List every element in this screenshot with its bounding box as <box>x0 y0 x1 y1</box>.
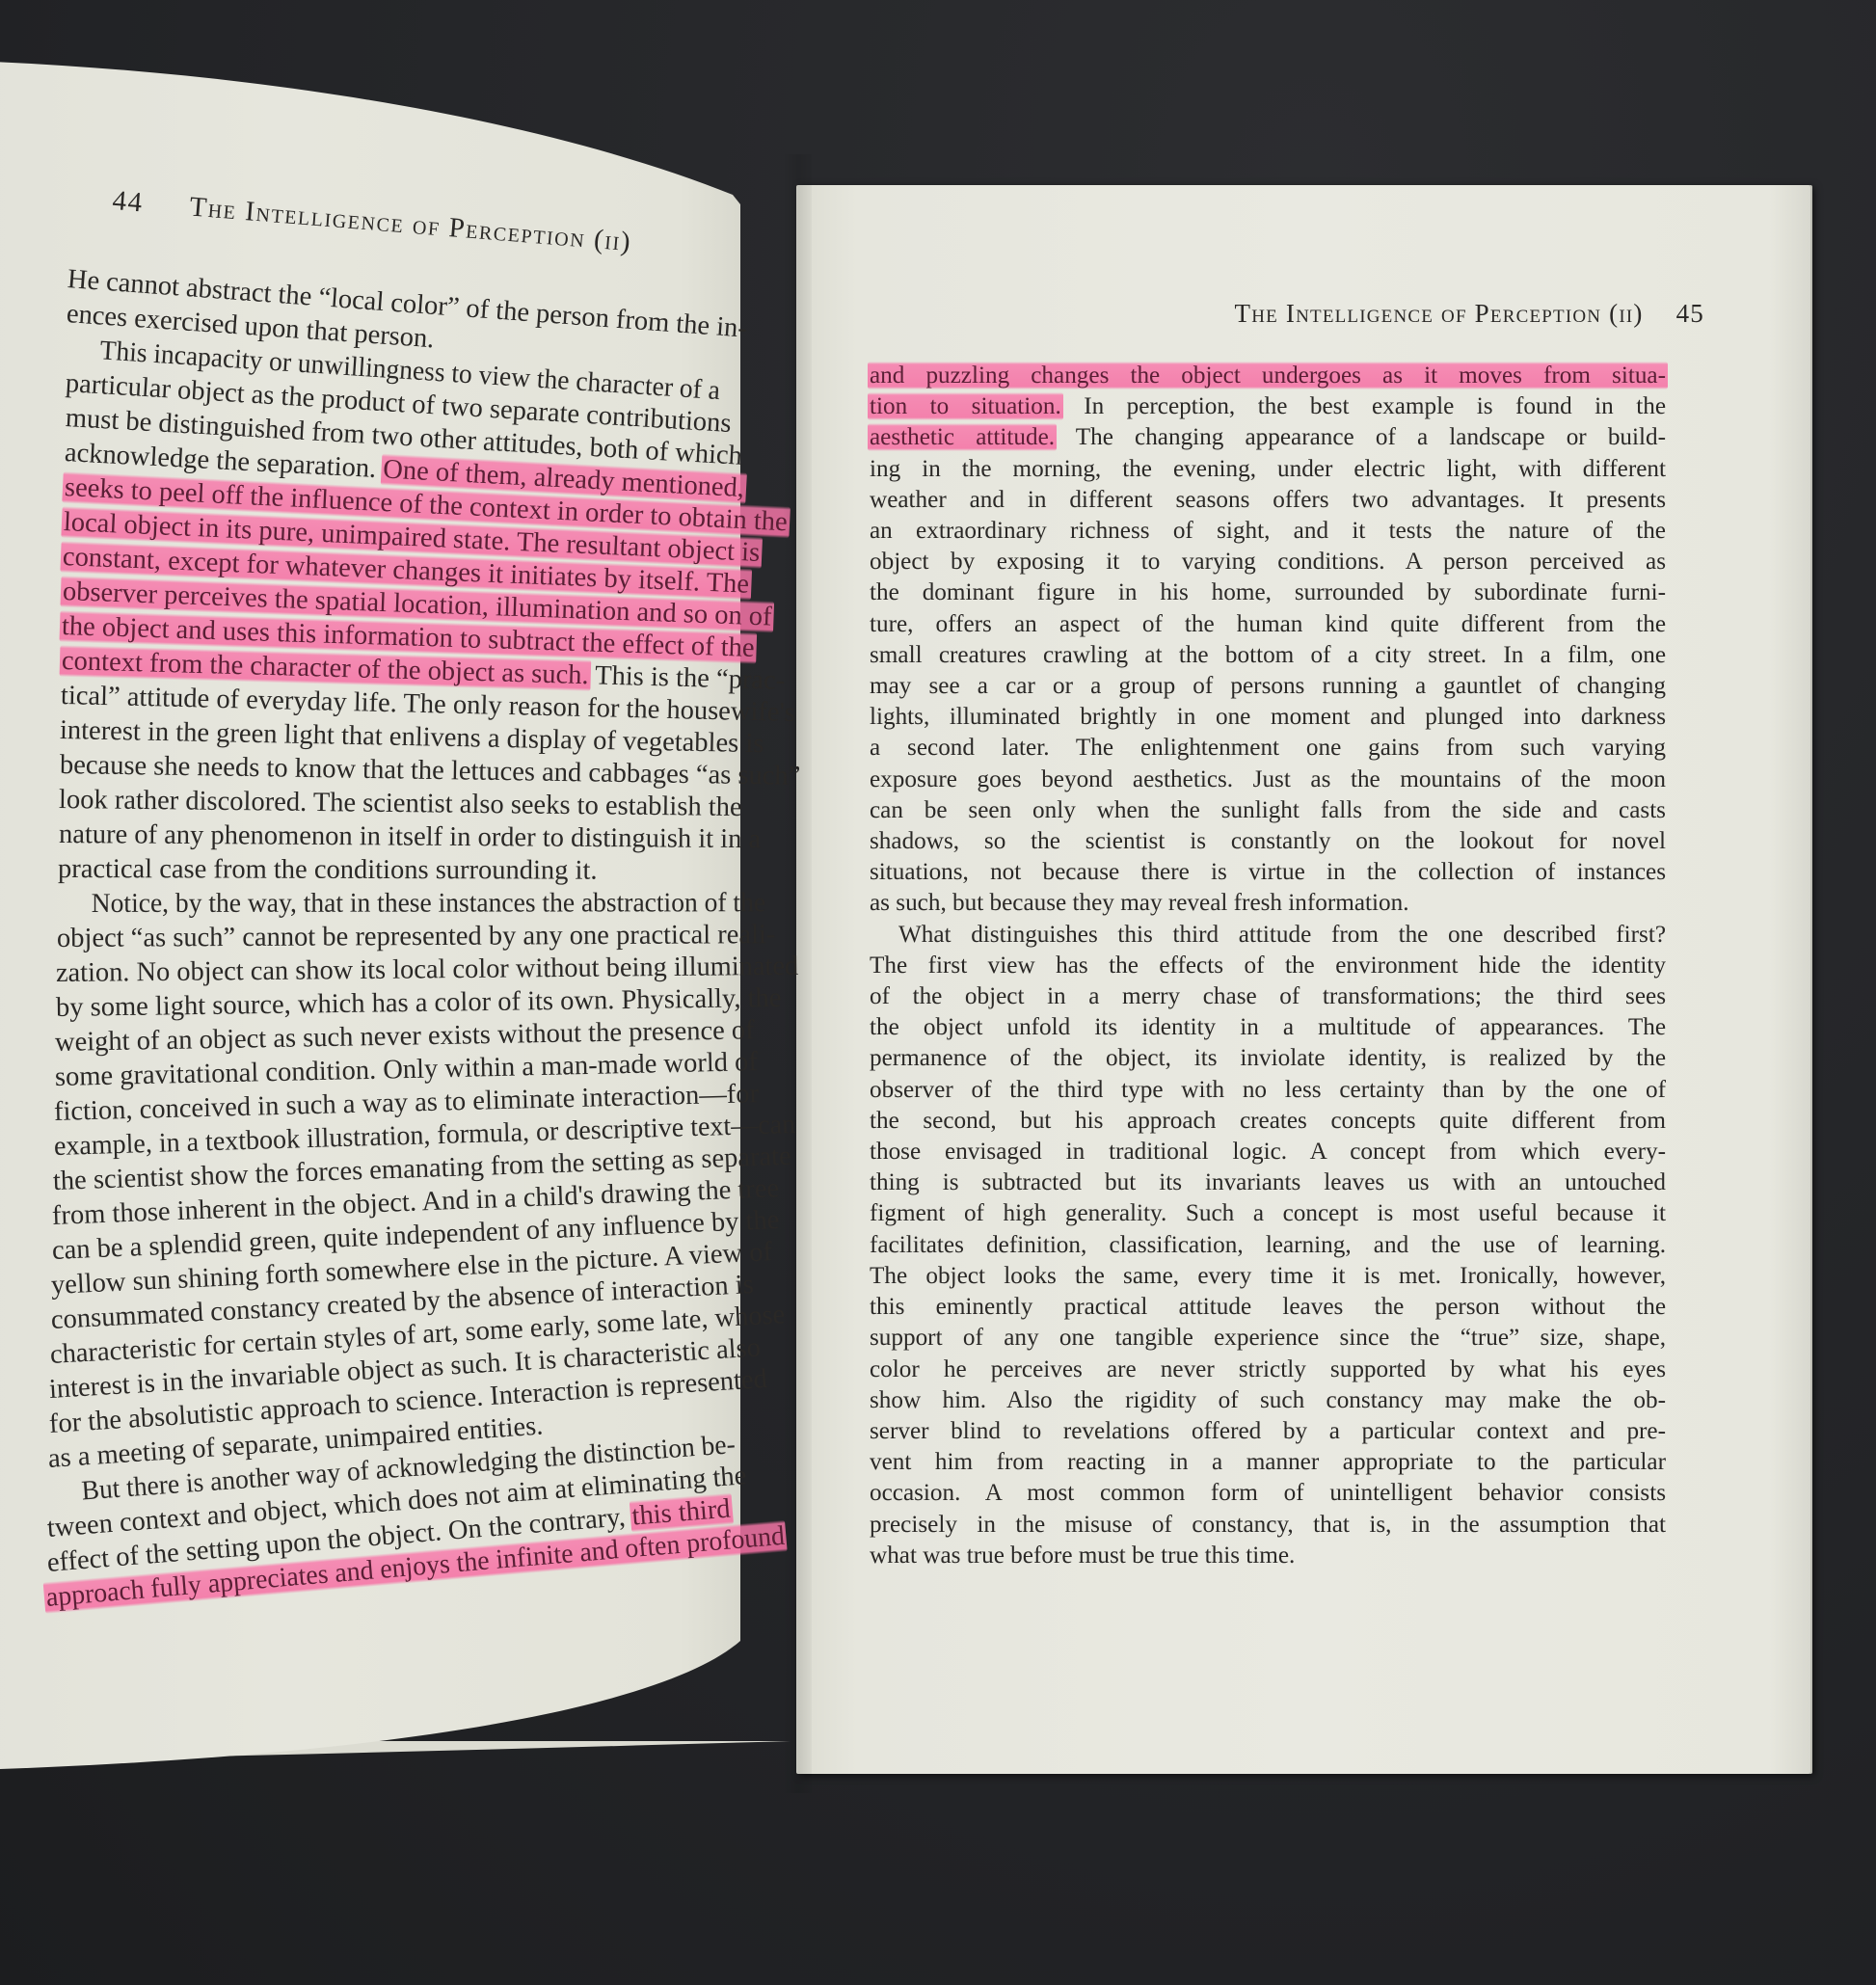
line-text: The object looks the same, every time it… <box>870 1263 1666 1289</box>
text-line: permanence of the object, its inviolate … <box>870 1043 1666 1074</box>
text-line: a second later. The enlightenment one ga… <box>870 733 1666 764</box>
text-line: situations, not because there is virtue … <box>870 857 1666 888</box>
text-line: color he perceives are never strictly su… <box>870 1355 1666 1385</box>
text-line: the second, but his approach creates con… <box>870 1106 1666 1137</box>
line-text: show him. Also the rigidity of such cons… <box>870 1387 1666 1413</box>
text-line: What distinguishes this third attitude f… <box>870 920 1666 951</box>
text-line: The object looks the same, every time it… <box>870 1261 1666 1292</box>
line-text: can be seen only when the sunlight falls… <box>870 797 1666 823</box>
line-text: the object unfold its identity in a mult… <box>870 1014 1666 1040</box>
line-text: observer of the third type with no less … <box>870 1077 1666 1103</box>
text-line: shadows, so the scientist is constantly … <box>870 826 1666 857</box>
line-text: color he perceives are never strictly su… <box>870 1356 1666 1382</box>
text-line: object by exposing it to varying conditi… <box>870 547 1666 577</box>
line-text: of the object in a merry chase of transf… <box>870 983 1666 1009</box>
text-line: vent him from reacting in a manner appro… <box>870 1447 1666 1478</box>
text-line: The first view has the effects of the en… <box>870 951 1666 981</box>
line-text: In perception, the best example is found… <box>1061 393 1666 419</box>
line-text: occasion. A most common form of unintell… <box>870 1480 1666 1506</box>
line-text: the dominant figure in his home, surroun… <box>870 579 1666 605</box>
right-running-head: The Intelligence of Perception (ii) 45 <box>1235 299 1704 329</box>
line-text: ture, offers an aspect of the human kind… <box>870 611 1666 637</box>
line-text: what was true before must be true this t… <box>870 1542 1295 1569</box>
right-page-number: 45 <box>1676 299 1704 329</box>
line-text: What distinguishes this third attitude f… <box>898 922 1666 948</box>
text-line: as such, but because they may reveal fre… <box>870 888 1666 919</box>
text-line: facilitates definition, classification, … <box>870 1230 1666 1261</box>
line-text: support of any one tangible experience s… <box>870 1325 1666 1351</box>
line-text: precisely in the misuse of constancy, th… <box>870 1512 1666 1538</box>
line-text: facilitates definition, classification, … <box>870 1232 1666 1258</box>
text-line: tion to situation. In perception, the be… <box>870 391 1666 422</box>
text-line: weather and in different seasons offers … <box>870 485 1666 516</box>
text-line: may see a car or a group of persons runn… <box>870 671 1666 702</box>
text-line: an extraordinary richness of sight, and … <box>870 516 1666 547</box>
line-text: thing is subtracted but its invariants l… <box>870 1169 1666 1195</box>
line-text: lights, illuminated brightly in one mome… <box>870 704 1666 730</box>
line-text: may see a car or a group of persons runn… <box>870 673 1666 699</box>
line-text: the second, but his approach creates con… <box>870 1108 1666 1134</box>
line-text: those envisaged in traditional logic. A … <box>870 1139 1666 1165</box>
line-text: vent him from reacting in a manner appro… <box>870 1449 1666 1475</box>
line-text: permanence of the object, its inviolate … <box>870 1045 1666 1071</box>
text-line: and puzzling changes the object undergoe… <box>870 361 1666 391</box>
text-line: the dominant figure in his home, surroun… <box>870 577 1666 608</box>
line-text: The first view has the effects of the en… <box>870 952 1666 979</box>
line-text: exposure goes beyond aesthetics. Just as… <box>870 766 1666 792</box>
text-line: small creatures crawling at the bottom o… <box>870 640 1666 671</box>
line-text: weather and in different seasons offers … <box>870 487 1666 513</box>
highlighted-text: and puzzling changes the object undergoe… <box>868 362 1668 389</box>
text-line: thing is subtracted but its invariants l… <box>870 1167 1666 1198</box>
line-text: ing in the morning, the evening, under e… <box>870 456 1666 482</box>
text-line: figment of high generality. Such a conce… <box>870 1198 1666 1229</box>
text-line: can be seen only when the sunlight falls… <box>870 795 1666 826</box>
text-line: occasion. A most common form of unintell… <box>870 1478 1666 1509</box>
highlighted-text: aesthetic attitude. <box>868 423 1057 451</box>
line-text: this eminently practical attitude leaves… <box>870 1294 1666 1320</box>
text-line: show him. Also the rigidity of such cons… <box>870 1385 1666 1416</box>
line-text: small creatures crawling at the bottom o… <box>870 642 1666 668</box>
text-line: aesthetic attitude. The changing appeara… <box>870 422 1666 453</box>
line-text: server blind to revelations offered by a… <box>870 1418 1666 1444</box>
text-line: ture, offers an aspect of the human kind… <box>870 609 1666 640</box>
line-text: as such, but because they may reveal fre… <box>870 890 1409 916</box>
text-line: support of any one tangible experience s… <box>870 1323 1666 1354</box>
line-text: an extraordinary richness of sight, and … <box>870 518 1666 544</box>
text-line: ing in the morning, the evening, under e… <box>870 454 1666 485</box>
line-text: a second later. The enlightenment one ga… <box>870 735 1666 761</box>
text-line: lights, illuminated brightly in one mome… <box>870 702 1666 733</box>
text-line: this eminently practical attitude leaves… <box>870 1292 1666 1323</box>
right-page-text: and puzzling changes the object undergoe… <box>870 361 1666 1571</box>
text-line: observer of the third type with no less … <box>870 1075 1666 1106</box>
left-page-paper <box>0 60 810 1911</box>
text-line: the object unfold its identity in a mult… <box>870 1012 1666 1043</box>
line-text: The changing appearance of a landscape o… <box>1055 424 1666 450</box>
line-text: figment of high generality. Such a conce… <box>870 1200 1666 1226</box>
text-line: precisely in the misuse of constancy, th… <box>870 1510 1666 1541</box>
right-page: The Intelligence of Perception (ii) 45 a… <box>796 185 1810 1774</box>
right-running-title: The Intelligence of Perception (ii) <box>1235 299 1644 329</box>
text-line: what was true before must be true this t… <box>870 1541 1666 1571</box>
line-text: shadows, so the scientist is constantly … <box>870 828 1666 854</box>
text-line: exposure goes beyond aesthetics. Just as… <box>870 764 1666 795</box>
text-line: server blind to revelations offered by a… <box>870 1416 1666 1447</box>
text-line: those envisaged in traditional logic. A … <box>870 1137 1666 1167</box>
line-text: situations, not because there is virtue … <box>870 859 1666 885</box>
text-line: of the object in a merry chase of transf… <box>870 981 1666 1012</box>
highlighted-text: tion to situation. <box>868 392 1063 420</box>
line-text: object by exposing it to varying conditi… <box>870 549 1666 575</box>
